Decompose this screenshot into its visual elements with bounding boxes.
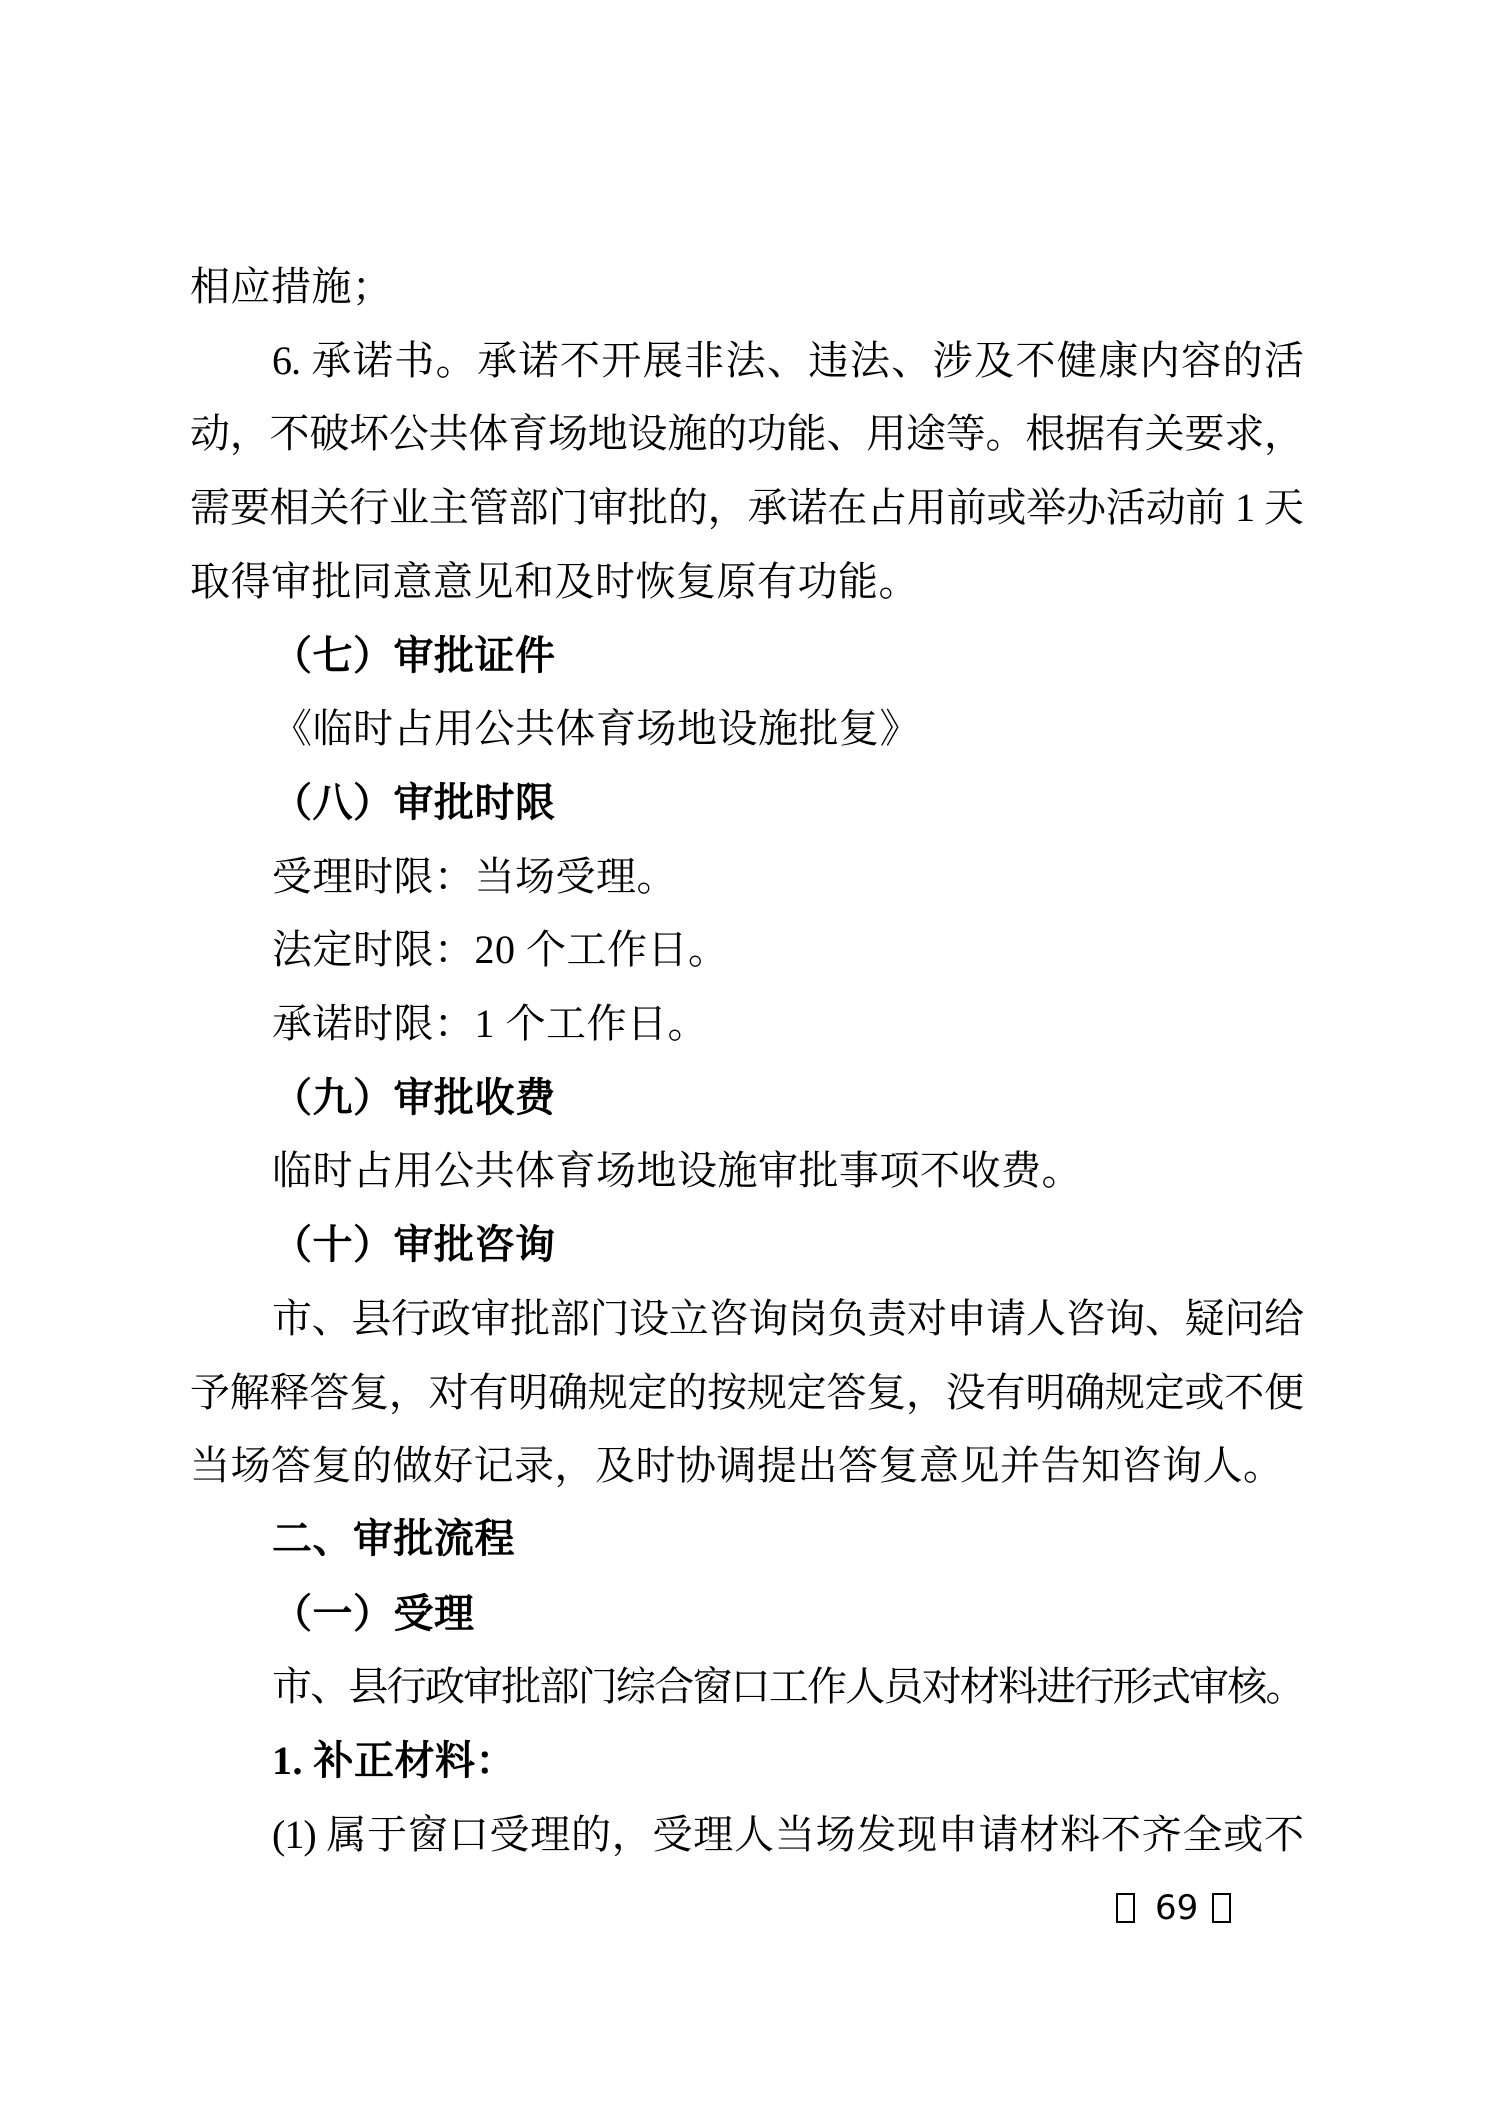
heading-line: （八）审批时限: [190, 766, 1303, 840]
tofu-box-icon: [1212, 1893, 1231, 1923]
document-content: 相应措施；6. 承诺书。承诺不开展非法、违法、涉及不健康内容的活动，不破坏公共体…: [190, 250, 1303, 1871]
heading-line: 1. 补正材料：: [190, 1724, 1303, 1798]
heading-line: （十）审批咨询: [190, 1208, 1303, 1282]
page-footer: 69: [1116, 1890, 1231, 1926]
text-line: 相应措施；: [190, 250, 1303, 324]
text-line: 动，不破坏公共体育场地设施的功能、用途等。根据有关要求，: [190, 397, 1303, 471]
text-line: 予解释答复，对有明确规定的按规定答复，没有明确规定或不便: [190, 1356, 1303, 1430]
text-line: 市、县行政审批部门设立咨询岗负责对申请人咨询、疑问给: [190, 1282, 1303, 1356]
document-page: 相应措施；6. 承诺书。承诺不开展非法、违法、涉及不健康内容的活动，不破坏公共体…: [0, 0, 1487, 2105]
heading-line: （七）审批证件: [190, 619, 1303, 693]
text-line: 6. 承诺书。承诺不开展非法、违法、涉及不健康内容的活: [190, 324, 1303, 398]
text-line: 《临时占用公共体育场地设施批复》: [190, 692, 1303, 766]
heading-line: （九）审批收费: [190, 1061, 1303, 1135]
text-line: 受理时限：当场受理。: [190, 840, 1303, 914]
heading-line: （一）受理: [190, 1577, 1303, 1651]
text-line: 需要相关行业主管部门审批的，承诺在占用前或举办活动前 1 天: [190, 471, 1303, 545]
text-line: 取得审批同意意见和及时恢复原有功能。: [190, 545, 1303, 619]
heading-line: 二、审批流程: [190, 1503, 1303, 1577]
text-line: 承诺时限：1 个工作日。: [190, 987, 1303, 1061]
text-line: 临时占用公共体育场地设施审批事项不收费。: [190, 1134, 1303, 1208]
text-line: (1) 属于窗口受理的，受理人当场发现申请材料不齐全或不: [190, 1798, 1303, 1872]
page-number: 69: [1155, 1890, 1198, 1926]
text-line: 市、县行政审批部门综合窗口工作人员对材料进行形式审核。: [190, 1650, 1303, 1724]
text-line: 法定时限：20 个工作日。: [190, 913, 1303, 987]
text-line: 当场答复的做好记录，及时协调提出答复意见并告知咨询人。: [190, 1429, 1303, 1503]
tofu-box-icon: [1116, 1893, 1135, 1923]
